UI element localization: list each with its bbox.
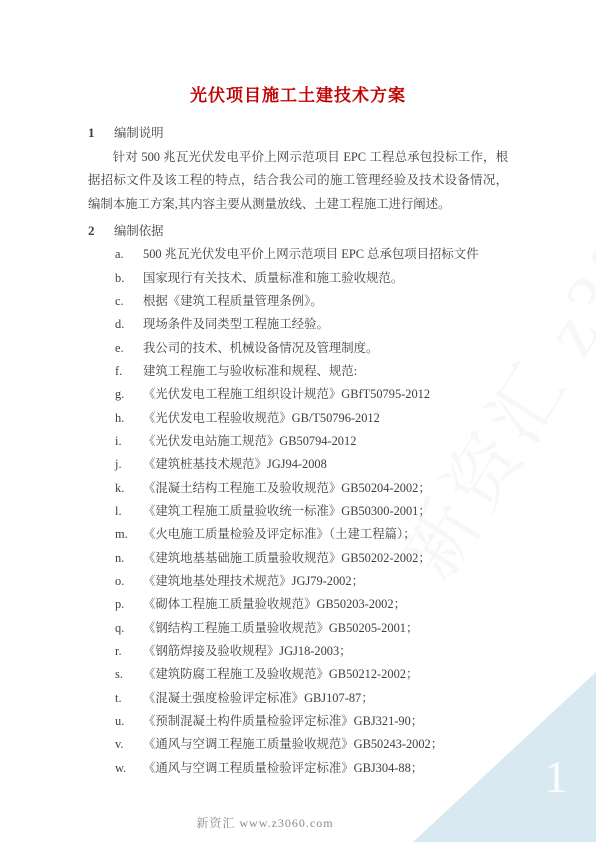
section-2-number: 2 [88,219,114,242]
list-item-marker: g. [115,383,143,406]
list-item-text: 《钢结构工程施工质量验收规范》GB50205-2001； [143,617,508,640]
section-2-heading-text: 编制依据 [114,224,164,238]
reference-list-item: q. 《钢结构工程施工质量验收规范》GB50205-2001； [88,617,508,640]
list-item-text: 《光伏发电工程施工组织设计规范》GBfT50795-2012 [143,383,508,406]
list-item-text: 《光伏发电工程验收规范》GB/T50796-2012 [143,407,508,430]
section-1-heading-text: 编制说明 [114,126,164,140]
reference-list-item: n. 《建筑地基基础施工质量验收规范》GB50202-2002； [88,547,508,570]
list-item-marker: c. [115,290,143,313]
list-item-marker: a. [115,243,143,266]
page-body: 光伏项目施工土建技术方案 1编制说明 针对 500 兆瓦光伏发电平价上网示范项目… [0,0,596,842]
list-item-text: 《建筑防腐工程施工及验收规范》GB50212-2002； [143,663,508,686]
list-item-text: 建筑工程施工与验收标准和规程、规范: [143,360,508,383]
reference-list-item: t. 《混凝土强度检验评定标准》GBJ107-87； [88,687,508,710]
reference-list-item: p. 《砌体工程施工质量验收规范》GB50203-2002； [88,593,508,616]
reference-list-item: o. 《建筑地基处理技术规范》JGJ79-2002； [88,570,508,593]
list-item-text: 《通风与空调工程施工质量验收规范》GB50243-2002； [143,733,508,756]
reference-list-item: s. 《建筑防腐工程施工及验收规范》GB50212-2002； [88,663,508,686]
list-item-text: 《光伏发电站施工规范》GB50794-2012 [143,430,508,453]
reference-list-item: a. 500 兆瓦光伏发电平价上网示范项目 EPC 总承包项目招标文件 [88,243,508,266]
list-item-text: 《火电施工质量检验及评定标准》（土建工程篇）； [143,523,508,546]
list-item-text: 《混凝土结构工程施工及验收规范》GB50204-2002； [143,477,508,500]
reference-list-item: f. 建筑工程施工与验收标准和规程、规范: [88,360,508,383]
list-item-text: 《建筑地基基础施工质量验收规范》GB50202-2002； [143,547,508,570]
reference-list-item: r. 《钢筋焊接及验收规程》JGJ18-2003； [88,640,508,663]
reference-list-item: c. 根据《建筑工程质量管理条例》。 [88,290,508,313]
footer-site-credit: 新资汇 www.z3060.com [105,814,425,831]
document-title: 光伏项目施工土建技术方案 [88,84,508,108]
reference-list-item: b. 国家现行有关技术、质量标准和施工验收规范。 [88,267,508,290]
list-item-text: 国家现行有关技术、质量标准和施工验收规范。 [143,267,508,290]
list-item-marker: q. [115,617,143,640]
list-item-text: 《建筑桩基技术规范》JGJ94-2008 [143,453,508,476]
list-item-marker: h. [115,407,143,430]
list-item-text: 《建筑地基处理技术规范》JGJ79-2002； [143,570,508,593]
list-item-marker: f. [115,360,143,383]
list-item-marker: o. [115,570,143,593]
list-item-marker: v. [115,733,143,756]
page-number: 1 [534,754,578,800]
list-item-marker: r. [115,640,143,663]
list-item-text: 《砌体工程施工质量验收规范》GB50203-2002； [143,593,508,616]
list-item-marker: w. [115,757,143,780]
list-item-marker: n. [115,547,143,570]
section-1-heading: 1编制说明 [88,121,508,145]
reference-list-item: e. 我公司的技术、机械设备情况及管理制度。 [88,337,508,360]
list-item-marker: i. [115,430,143,453]
list-item-text: 《混凝土强度检验评定标准》GBJ107-87； [143,687,508,710]
reference-list-item: v. 《通风与空调工程施工质量验收规范》GB50243-2002； [88,733,508,756]
section-1-number: 1 [88,121,114,144]
list-item-marker: b. [115,267,143,290]
section-2-heading: 2编制依据 [88,219,508,243]
list-item-marker: l. [115,500,143,523]
list-item-marker: d. [115,313,143,336]
list-item-marker: j. [115,453,143,476]
list-item-text: 根据《建筑工程质量管理条例》。 [143,290,508,313]
list-item-marker: t. [115,687,143,710]
list-item-text: 《钢筋焊接及验收规程》JGJ18-2003； [143,640,508,663]
list-item-text: 我公司的技术、机械设备情况及管理制度。 [143,337,508,360]
list-item-marker: e. [115,337,143,360]
list-item-marker: p. [115,593,143,616]
reference-list-item: w. 《通风与空调工程质量检验评定标准》GBJ304-88； [88,757,508,780]
list-item-text: 《预制混凝土构件质量检验评定标准》GBJ321-90； [143,710,508,733]
list-item-marker: s. [115,663,143,686]
list-item-text: 现场条件及同类型工程施工经验。 [143,313,508,336]
reference-list-item: m. 《火电施工质量检验及评定标准》（土建工程篇）； [88,523,508,546]
reference-list-item: j. 《建筑桩基技术规范》JGJ94-2008 [88,453,508,476]
reference-list-item: g. 《光伏发电工程施工组织设计规范》GBfT50795-2012 [88,383,508,406]
reference-list: a. 500 兆瓦光伏发电平价上网示范项目 EPC 总承包项目招标文件 b. 国… [88,243,508,780]
reference-list-item: i. 《光伏发电站施工规范》GB50794-2012 [88,430,508,453]
reference-list-item: k. 《混凝土结构工程施工及验收规范》GB50204-2002； [88,477,508,500]
list-item-text: 500 兆瓦光伏发电平价上网示范项目 EPC 总承包项目招标文件 [143,243,508,266]
reference-list-item: h. 《光伏发电工程验收规范》GB/T50796-2012 [88,407,508,430]
document-page: { "colors": { "title_red": "#c00000", "b… [0,0,596,842]
section-1-paragraph: 针对 500 兆瓦光伏发电平价上网示范项目 EPC 工程总承包投标工作，根据招标… [88,146,508,216]
list-item-marker: m. [115,523,143,546]
list-item-marker: k. [115,477,143,500]
list-item-text: 《通风与空调工程质量检验评定标准》GBJ304-88； [143,757,508,780]
reference-list-item: l. 《建筑工程施工质量验收统一标准》GB50300-2001； [88,500,508,523]
list-item-text: 《建筑工程施工质量验收统一标准》GB50300-2001； [143,500,508,523]
reference-list-item: u. 《预制混凝土构件质量检验评定标准》GBJ321-90； [88,710,508,733]
list-item-marker: u. [115,710,143,733]
reference-list-item: d. 现场条件及同类型工程施工经验。 [88,313,508,336]
